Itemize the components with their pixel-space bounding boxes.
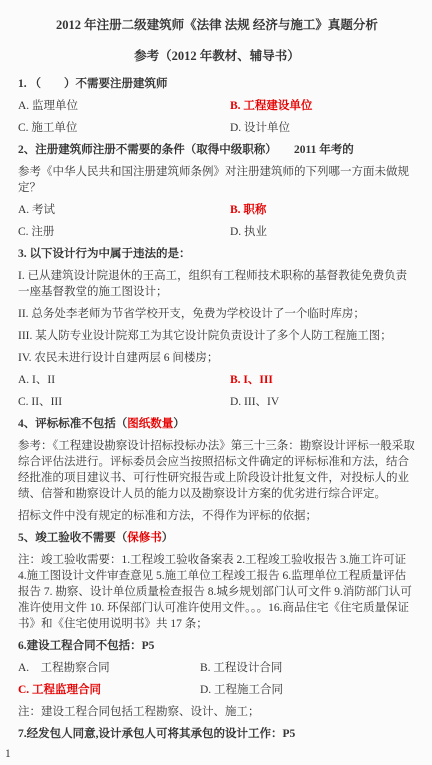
question-6-option-a: A. 工程勘察合同: [18, 660, 200, 676]
question-3-title: 3. 以下设计行为中属于违法的是：: [18, 246, 416, 262]
question-3-option-c: C. II、III: [18, 394, 230, 410]
question-2-options-row-1: A. 考试 B. 职称: [18, 202, 416, 218]
question-5-title-prefix: 5、竣工验收不需要（: [18, 532, 127, 544]
question-6-note: 注：建设工程合同包括工程勘察、设计、施工；: [18, 704, 416, 720]
question-6-option-d: D. 工程施工合同: [200, 682, 416, 698]
question-2-options-row-2: C. 注册 D. 执业: [18, 224, 416, 240]
question-6-title: 6.建设工程合同不包括：P5: [18, 638, 416, 654]
document-title-line1: 2012 年注册二级建筑师《法律 法规 经济与施工》真题分析: [18, 16, 416, 34]
document-page: 2012 年注册二级建筑师《法律 法规 经济与施工》真题分析 参考（2012 年…: [0, 0, 432, 765]
question-2-option-a: A. 考试: [18, 202, 230, 218]
question-1-options-row-1: A. 监理单位 B. 工程建设单位: [18, 98, 416, 114]
question-1-options-row-2: C. 施工单位 D. 设计单位: [18, 120, 416, 136]
question-1-title: 1. （ ）不需要注册建筑师: [18, 76, 416, 92]
question-4-title-prefix: 4、评标标准不包括（: [18, 418, 127, 430]
question-2-title: 2、注册建筑师注册不需要的条件（取得中级职称） 2011 年考的: [18, 142, 416, 158]
question-1-option-c: C. 施工单位: [18, 120, 230, 136]
question-4-title: 4、评标标准不包括（图纸数量）: [18, 416, 416, 432]
question-5-title: 5、竣工验收不需要（保修书）: [18, 530, 416, 546]
question-7-title: 7.经发包人同意,设计承包人可将其承包的设计工作：P5: [18, 726, 416, 742]
question-3-options-row-2: C. II、III D. III、IV: [18, 394, 416, 410]
question-1-option-a: A. 监理单位: [18, 98, 230, 114]
question-5-note: 注：竣工验收需要：1.工程竣工验收备案表 2.工程竣工验收报告 3.施工许可证 …: [18, 552, 416, 632]
question-3-option-d: D. III、IV: [230, 394, 416, 410]
question-4-reference: 参考：《工程建设勘察设计招标投标办法》第三十三条：勘察设计评标一般采取综合评估法…: [18, 438, 416, 502]
question-5-title-answer: 保修书: [127, 532, 162, 544]
question-3-item-2: II. 总务处李老师为节省学校开支，免费为学校设计了一个临时库房；: [18, 306, 416, 322]
question-3-option-a: A. I、II: [18, 372, 230, 388]
question-1-option-d: D. 设计单位: [230, 120, 416, 136]
question-6-options-row-1: A. 工程勘察合同 B. 工程设计合同: [18, 660, 416, 676]
question-3-options-row-1: A. I、II B. I、III: [18, 372, 416, 388]
question-4-title-answer: 图纸数量: [127, 418, 173, 430]
question-2-option-d: D. 执业: [230, 224, 416, 240]
question-3-item-1: I. 已从建筑设计院退休的王高工，组织有工程师技术职称的基督教徒免费负责一座基督…: [18, 268, 416, 300]
question-2-option-b-answer: B. 职称: [230, 202, 416, 218]
question-2-reference: 参考《中华人民共和国注册建筑师条例》对注册建筑师的下列哪一方面未做规定？: [18, 164, 416, 196]
question-5-title-suffix: ）: [162, 532, 174, 544]
document-title-line2: 参考（2012 年教材、辅导书）: [18, 47, 416, 65]
question-3-item-3: III. 某人防专业设计院郑工为其它设计院负责设计了多个人防工程施工图；: [18, 328, 416, 344]
question-4-note: 招标文件中没有规定的标准和方法，不得作为评标的依据；: [18, 508, 416, 524]
question-2-option-c: C. 注册: [18, 224, 230, 240]
question-3-option-b-answer: B. I、III: [230, 372, 416, 388]
question-3-item-4: IV. 农民未进行设计自建两层 6 间楼房；: [18, 350, 416, 366]
question-6-options-row-2: C. 工程监理合同 D. 工程施工合同: [18, 682, 416, 698]
question-6-option-b: B. 工程设计合同: [200, 660, 416, 676]
question-6-option-c-answer: C. 工程监理合同: [18, 682, 200, 698]
question-1-option-b-answer: B. 工程建设单位: [230, 98, 416, 114]
question-4-title-suffix: ）: [173, 418, 185, 430]
page-number: 1: [5, 746, 416, 762]
